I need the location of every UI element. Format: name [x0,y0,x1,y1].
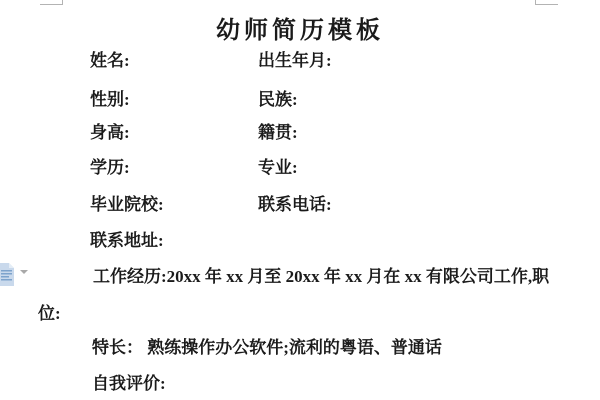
work-experience-text-line2: 位: [38,299,61,324]
word-document-page: 幼师简历模板 姓名: 出生年月: 性别: 民族: 身高: 籍贯: 学历: 专业:… [0,0,600,400]
margin-widget [0,263,39,289]
text-boundary-mark-top-left [40,0,63,5]
work-experience-text-line1: 工作经历:20xx 年 xx 月至 20xx 年 xx 月在 xx 有限公司工作… [93,262,549,287]
page-title: 幼师简历模板 [0,10,600,45]
field-row: 学历: 专业: [0,153,600,175]
field-row: 毕业院校: 联系电话: [0,190,600,212]
field-row: 姓名: 出生年月: [0,46,600,68]
text-boundary-mark-top-right [535,0,558,5]
field-row: 性别: 民族: [0,85,600,107]
ethnicity-label: 民族: [258,85,298,110]
chevron-down-icon[interactable] [20,270,28,274]
contact-phone-label: 联系电话: [258,190,332,215]
self-evaluation-label: 自我评价: [92,369,166,394]
name-label: 姓名: [90,46,130,71]
native-place-label: 籍贯: [258,118,298,143]
field-row: 身高: 籍贯: [0,118,600,140]
contact-address-label: 联系地址: [90,226,164,251]
gender-label: 性别: [90,85,130,110]
education-label: 学历: [90,153,130,178]
graduate-school-label: 毕业院校: [90,190,164,215]
specialty-text: 特长： 熟练操作办公软件;流利的粤语、普通话 [92,333,442,358]
birth-date-label: 出生年月: [258,46,332,71]
document-icon[interactable] [0,263,14,286]
field-row: 联系地址: [0,226,600,248]
height-label: 身高: [90,118,130,143]
major-label: 专业: [258,153,298,178]
